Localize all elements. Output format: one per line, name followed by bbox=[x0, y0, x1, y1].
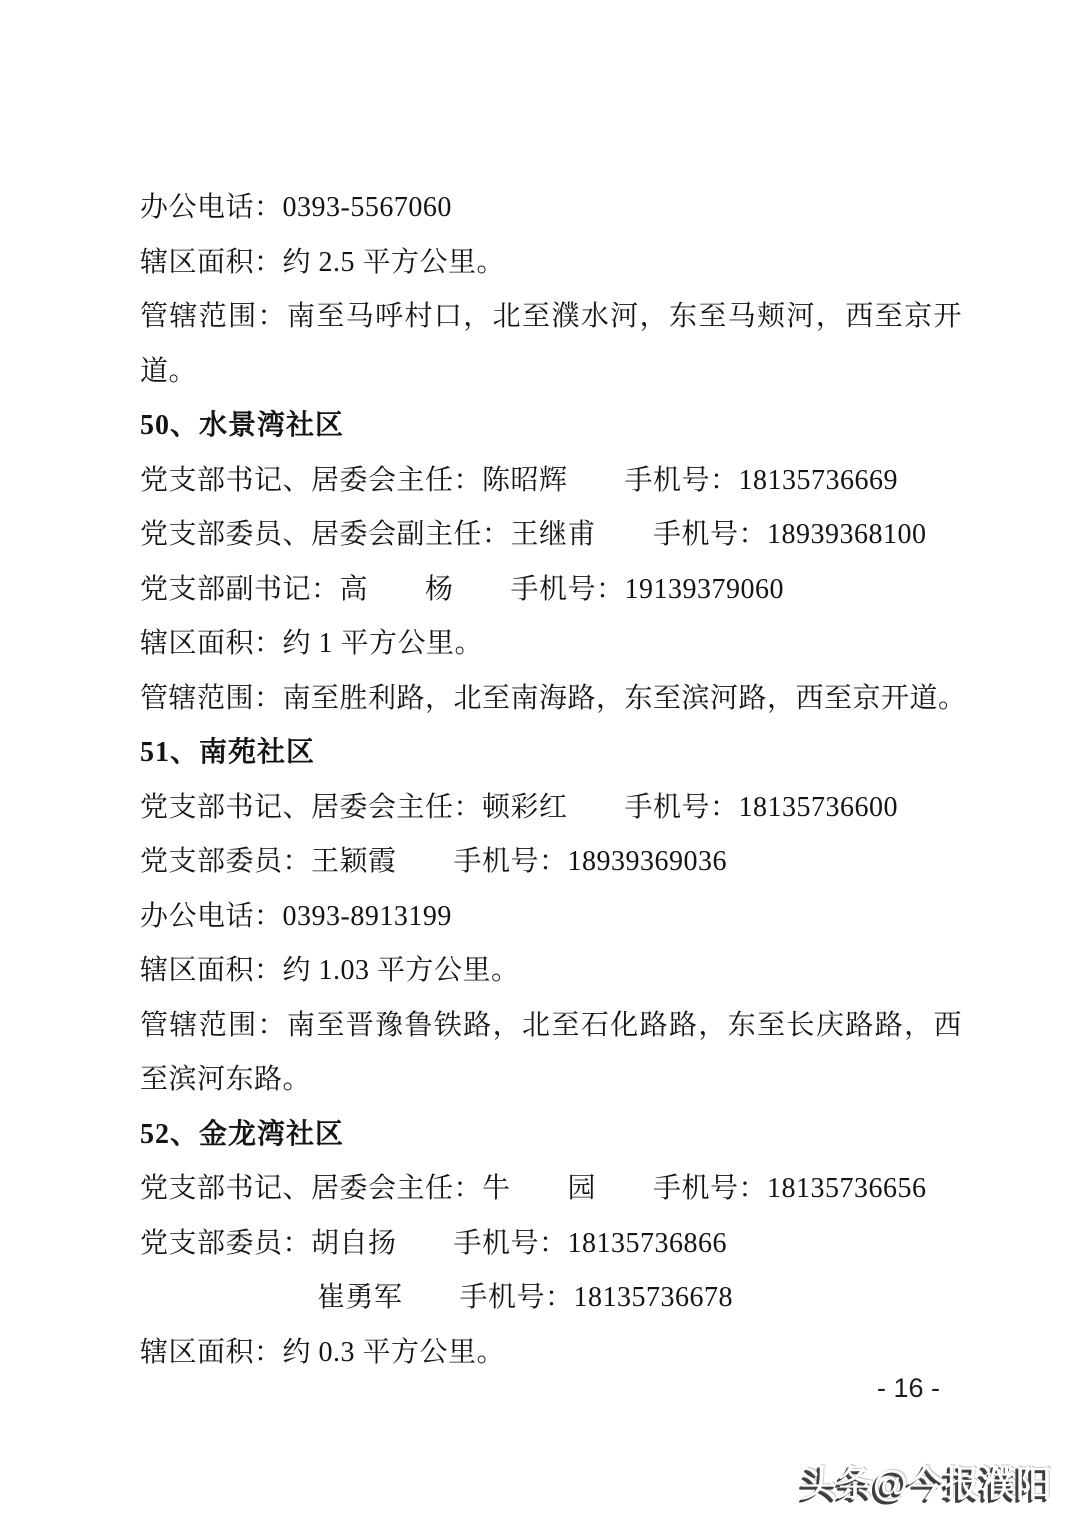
text-line-jurisdiction-cont: 至滨河东路。 bbox=[140, 1053, 962, 1108]
text-line-jurisdiction-cont: 道。 bbox=[140, 345, 962, 400]
text-line-secretary: 党支部书记、居委会主任：陈昭辉 手机号：18135736669 bbox=[140, 454, 962, 509]
text-line-area: 辖区面积：约 0.3 平方公里。 bbox=[140, 1326, 962, 1381]
text-line-office-phone: 办公电话：0393-5567060 bbox=[140, 181, 962, 236]
text-line-jurisdiction: 管辖范围：南至马呼村口，北至濮水河，东至马颊河，西至京开 bbox=[140, 290, 962, 345]
section-heading-50: 50、水景湾社区 bbox=[140, 399, 962, 454]
text-line-secretary: 党支部书记、居委会主任：牛 园 手机号：18135736656 bbox=[140, 1162, 962, 1217]
text-line-deputy-secretary: 党支部副书记：高 杨 手机号：19139379060 bbox=[140, 563, 962, 618]
text-line-committee-member: 党支部委员：胡自扬 手机号：18135736866 bbox=[140, 1217, 962, 1272]
text-line-committee-member-2: 崔勇军 手机号：18135736678 bbox=[140, 1271, 962, 1326]
text-line-area: 辖区面积：约 1.03 平方公里。 bbox=[140, 944, 962, 999]
document-body: 办公电话：0393-5567060 辖区面积：约 2.5 平方公里。 管辖范围：… bbox=[140, 181, 962, 1380]
text-line-committee-member: 党支部委员：王颖霞 手机号：18939369036 bbox=[140, 835, 962, 890]
document-page: 办公电话：0393-5567060 辖区面积：约 2.5 平方公里。 管辖范围：… bbox=[0, 0, 1080, 1527]
text-line-area: 辖区面积：约 2.5 平方公里。 bbox=[140, 236, 962, 291]
text-line-area: 辖区面积：约 1 平方公里。 bbox=[140, 617, 962, 672]
text-line-office-phone: 办公电话：0393-8913199 bbox=[140, 890, 962, 945]
text-line-committee-member: 党支部委员、居委会副主任：王继甫 手机号：18939368100 bbox=[140, 508, 962, 563]
text-line-jurisdiction: 管辖范围：南至晋豫鲁铁路，北至石化路路，东至长庆路路，西 bbox=[140, 999, 962, 1054]
text-line-secretary: 党支部书记、居委会主任：顿彩红 手机号：18135736600 bbox=[140, 781, 962, 836]
section-heading-52: 52、金龙湾社区 bbox=[140, 1108, 962, 1163]
watermark: 头条@今报濮阳 bbox=[801, 1462, 1052, 1506]
section-heading-51: 51、南苑社区 bbox=[140, 726, 962, 781]
text-line-jurisdiction: 管辖范围：南至胜利路，北至南海路，东至滨河路，西至京开道。 bbox=[140, 672, 962, 727]
page-number: - 16 - bbox=[877, 1372, 940, 1404]
